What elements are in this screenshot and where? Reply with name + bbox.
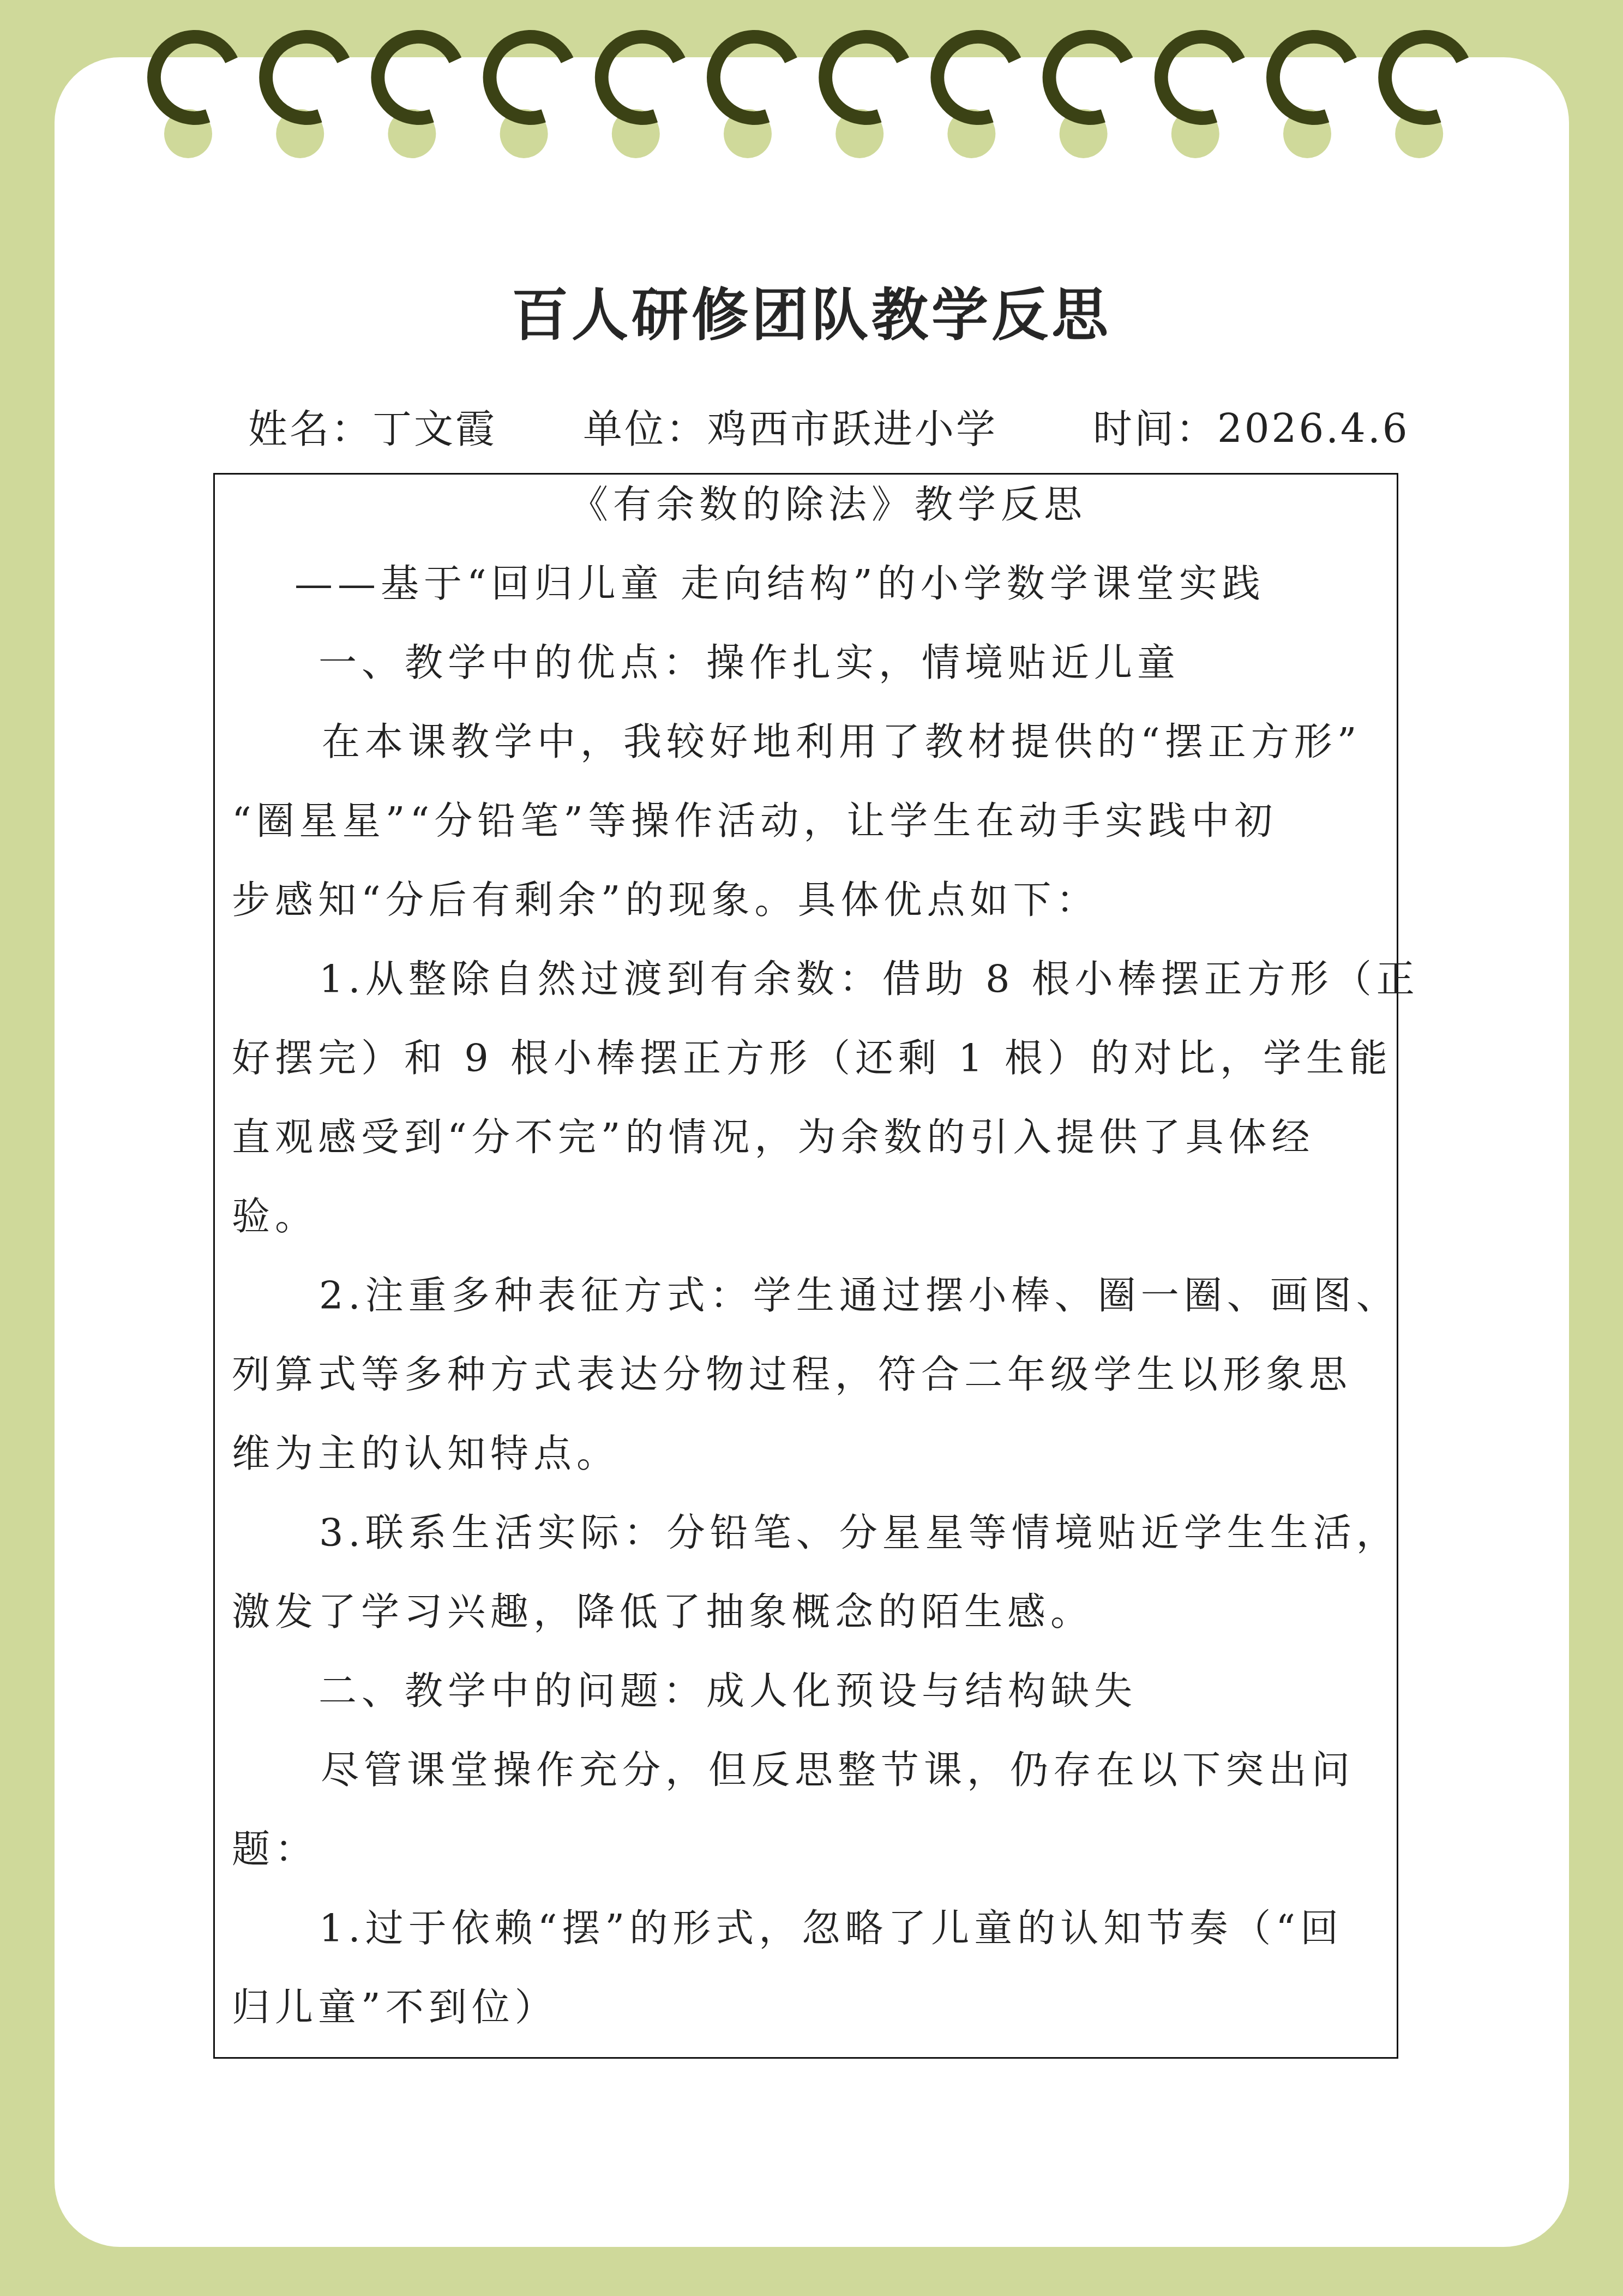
binding-ring-icon [266, 37, 344, 118]
doc-line: 尽管课堂操作充分，但反思整节课，仍存在以下突出问 [321, 1731, 1355, 1810]
binding-ring-icon [1161, 37, 1239, 118]
doc-line: 维为主的认知特点。 [232, 1414, 620, 1494]
doc-line: 归儿童”不到位） [232, 1968, 558, 2047]
doc-line-subtitle: ——基于“回归儿童 走向结构”的小学数学课堂实践 [294, 544, 1265, 624]
doc-line: 2.注重多种表征方式：学生通过摆小棒、圈一圈、画图、 [319, 1256, 1399, 1335]
binding-ring-icon [602, 37, 679, 118]
doc-line: 3.联系生活实际：分铅笔、分星星等情境贴近学生生活， [319, 1494, 1399, 1573]
doc-line: 题： [232, 1810, 318, 1889]
binding-ring-icon [714, 37, 791, 118]
binding-ring-icon [378, 37, 455, 118]
doc-line: “圈星星”“分铅笔”等操作活动，让学生在动手实践中初 [232, 782, 1277, 861]
spiral-binding [0, 0, 1623, 175]
doc-line: 1.过于依赖“摆”的形式，忽略了儿童的认知节奏（“回 [319, 1889, 1343, 1968]
date: 时间：2026.4.6 [1093, 401, 1410, 456]
doc-line: 列算式等多种方式表达分物过程，符合二年级学生以形象思 [232, 1335, 1352, 1414]
doc-line: 验。 [232, 1177, 318, 1256]
doc-line-heading-1: 一、教学中的优点：操作扎实，情境贴近儿童 [318, 624, 1180, 703]
doc-line: 在本课教学中，我较好地利用了教材提供的“摆正方形” [322, 703, 1362, 782]
binding-ring-icon [490, 37, 567, 118]
doc-line: 1.从整除自然过渡到有余数：借助 8 根小棒摆正方形（正 [319, 940, 1420, 1019]
binding-ring-icon [1049, 37, 1127, 118]
binding-ring-icon [1385, 37, 1463, 118]
binding-ring-icon [1273, 37, 1350, 118]
binding-ring-icon [937, 37, 1015, 118]
binding-ring-icon [826, 37, 903, 118]
doc-line: 好摆完）和 9 根小棒摆正方形（还剩 1 根）的对比，学生能 [232, 1019, 1392, 1098]
doc-line-title: 《有余数的除法》教学反思 [570, 465, 1087, 544]
doc-line: 直观感受到“分不完”的情况，为余数的引入提供了具体经 [232, 1098, 1315, 1177]
doc-line-heading-2: 二、教学中的问题：成人化预设与结构缺失 [318, 1652, 1137, 1731]
page-title: 百人研修团队教学反思 [0, 284, 1623, 347]
author-unit: 单位：鸡西市跃进小学 [583, 401, 997, 456]
author-name: 姓名：丁文霞 [248, 401, 497, 456]
doc-line: 步感知“分后有剩余”的现象。具体优点如下： [232, 861, 1099, 940]
doc-line: 激发了学习兴趣，降低了抽象概念的陌生感。 [232, 1573, 1093, 1652]
binding-ring-icon [154, 37, 232, 118]
